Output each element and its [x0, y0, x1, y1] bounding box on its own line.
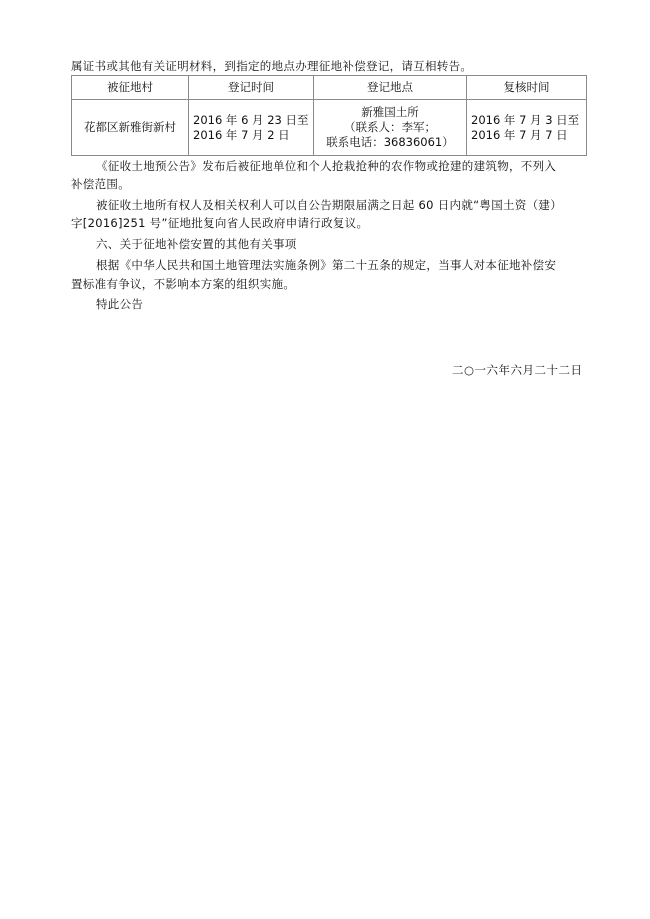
- cell-register-location: 新雅国土所 （联系人：李军； 联系电话：36836061）: [314, 100, 467, 156]
- header-register-time: 登记时间: [189, 76, 314, 100]
- header-village: 被征地村: [72, 76, 189, 100]
- location-name: 新雅国土所: [316, 105, 464, 120]
- section-paragraph-line-2: 置标准有争议，不影响本方案的组织实施。: [71, 276, 295, 292]
- paragraph-2-line-1: 被征收土地所有权人及相关权利人可以自公告期限届满之日起 60 日内就“粤国土资（…: [96, 197, 562, 213]
- cell-review-time: 2016 年 7 月 3 日至 2016 年 7 月 7 日: [467, 100, 587, 156]
- review-time-start: 2016 年 7 月 3 日至: [471, 113, 584, 128]
- paragraph-1-line-1: 《征收土地预公告》发布后被征地单位和个人抢栽抢种的农作物或抢建的建筑物，不列入: [96, 158, 556, 174]
- header-review-time: 复核时间: [467, 76, 587, 100]
- cell-village: 花都区新雅街新村: [72, 100, 189, 156]
- section-heading: 六、关于征地补偿安置的其他有关事项: [96, 236, 297, 252]
- review-time-end: 2016 年 7 月 7 日: [471, 128, 584, 143]
- paragraph-2-line-2: 字[2016]251 号”征地批复向省人民政府申请行政复议。: [71, 215, 368, 231]
- document-page: 属证书或其他有关证明材料，到指定的地点办理征地补偿登记，请互相转告。 被征地村 …: [0, 0, 650, 919]
- paragraph-1-line-2: 补偿范围。: [71, 176, 130, 192]
- register-time-start: 2016 年 6 月 23 日至: [193, 113, 311, 128]
- cell-register-time: 2016 年 6 月 23 日至 2016 年 7 月 2 日: [189, 100, 314, 156]
- intro-line: 属证书或其他有关证明材料，到指定的地点办理征地补偿登记，请互相转告。: [71, 58, 472, 74]
- location-contact: （联系人：李军；: [316, 120, 464, 135]
- table-row: 花都区新雅街新村 2016 年 6 月 23 日至 2016 年 7 月 2 日…: [72, 100, 587, 156]
- header-register-location: 登记地点: [314, 76, 467, 100]
- table-header-row: 被征地村 登记时间 登记地点 复核时间: [72, 76, 587, 100]
- document-date: 二○一六年六月二十二日: [452, 362, 583, 378]
- location-phone: 联系电话：36836061）: [316, 135, 464, 150]
- registration-table: 被征地村 登记时间 登记地点 复核时间 花都区新雅街新村 2016 年 6 月 …: [71, 75, 587, 156]
- closing-text: 特此公告: [96, 296, 143, 312]
- section-paragraph-line-1: 根据《中华人民共和国土地管理法实施条例》第二十五条的规定，当事人对本征地补偿安: [96, 257, 556, 273]
- register-time-end: 2016 年 7 月 2 日: [193, 128, 311, 143]
